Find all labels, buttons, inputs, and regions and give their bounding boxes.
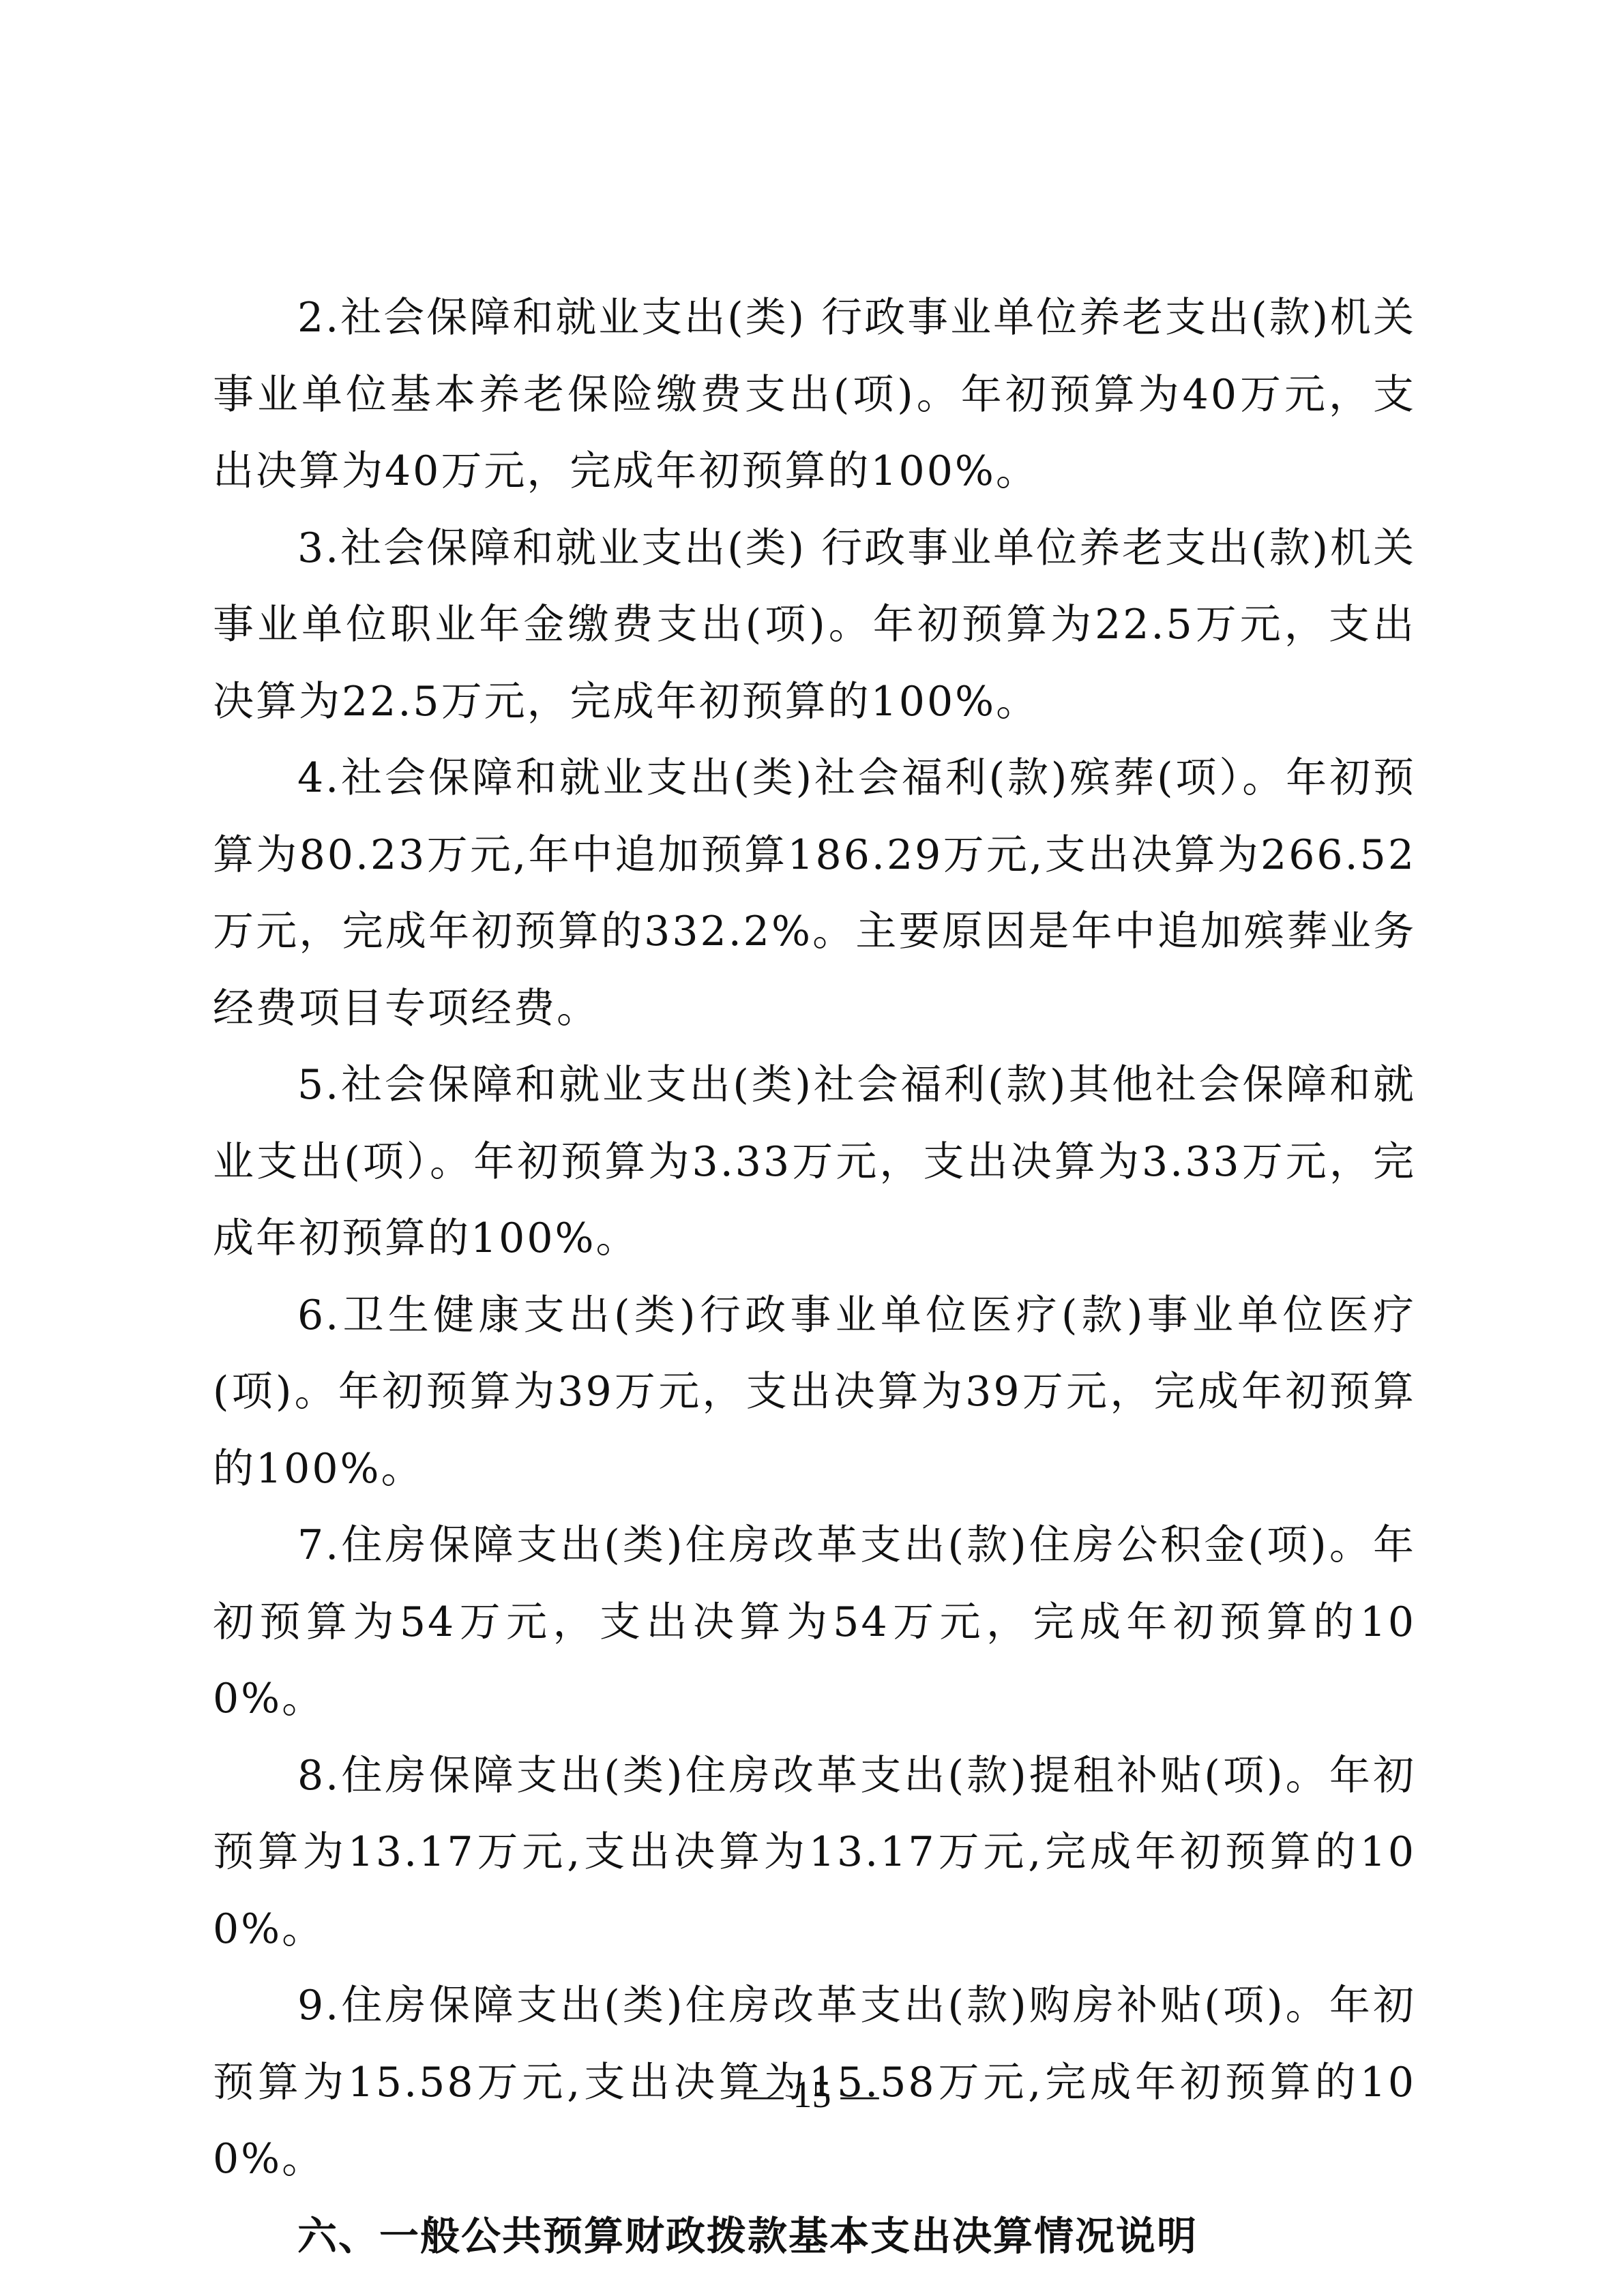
- paragraph-item-6: 6.卫生健康支出(类)行政事业单位医疗(款)事业单位医疗(项)。年初预算为39万…: [213, 1277, 1416, 1508]
- paragraph-item-3: 3.社会保障和就业支出(类) 行政事业单位养老支出(款)机关事业单位职业年金缴费…: [213, 510, 1416, 741]
- paragraph-item-4: 4.社会保障和就业支出(类)社会福利(款)殡葬(项）。年初预算为80.23万元,…: [213, 740, 1416, 1047]
- document-page: 2.社会保障和就业支出(类) 行政事业单位养老支出(款)机关事业单位基本养老保险…: [213, 280, 1416, 2274]
- paragraph-item-8: 8.住房保障支出(类)住房改革支出(款)提租补贴(项)。年初预算为13.17万元…: [213, 1738, 1416, 1968]
- paragraph-item-5: 5.社会保障和就业支出(类)社会福利(款)其他社会保障和就业支出(项）。年初预算…: [213, 1047, 1416, 1277]
- page-number: — 15 —: [0, 2073, 1624, 2117]
- section-heading: 六、一般公共预算财政拨款基本支出决算情况说明: [213, 2198, 1416, 2275]
- paragraph-item-2: 2.社会保障和就业支出(类) 行政事业单位养老支出(款)机关事业单位基本养老保险…: [213, 280, 1416, 510]
- paragraph-item-7: 7.住房保障支出(类)住房改革支出(款)住房公积金(项)。年初预算为54万元，支…: [213, 1507, 1416, 1738]
